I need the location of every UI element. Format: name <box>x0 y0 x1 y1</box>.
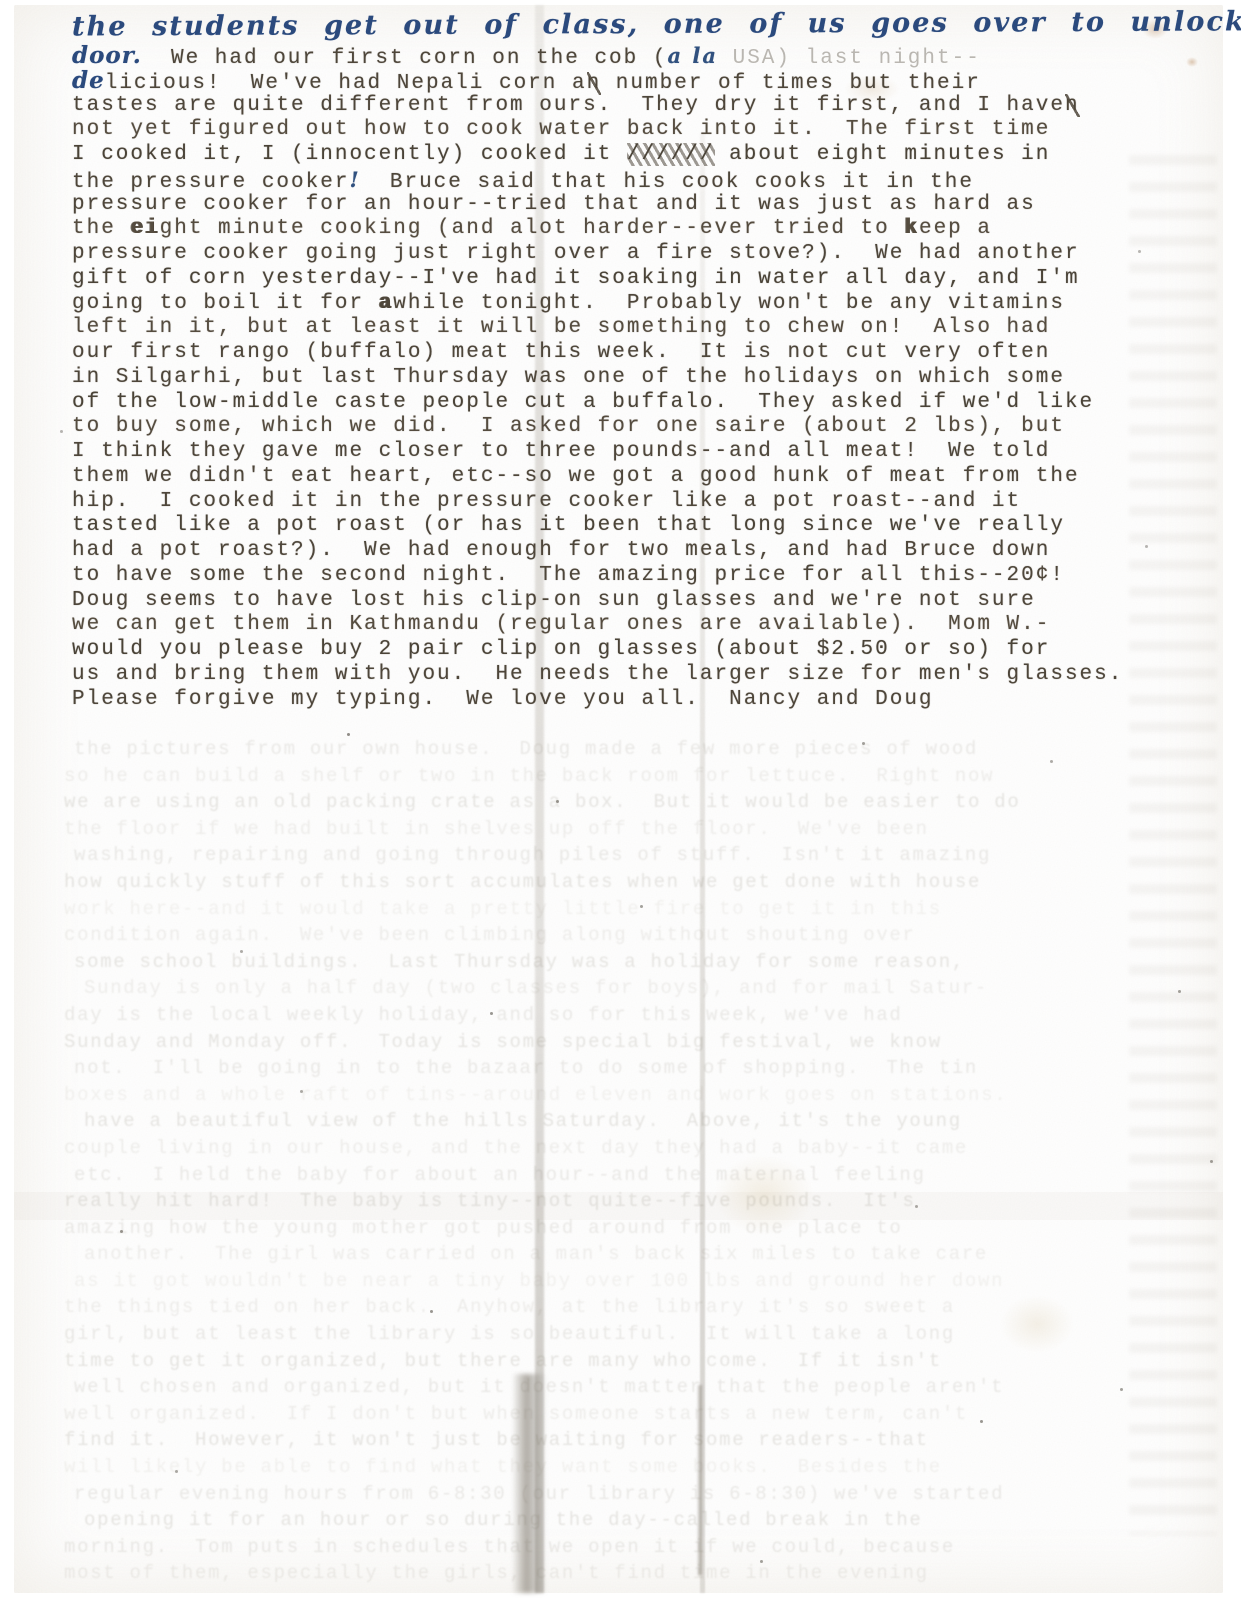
typed-line: door. We had our first corn on the cob (… <box>72 44 1123 69</box>
typed-segment: the pressure cooker <box>72 171 349 194</box>
bleedthrough-line: washing, repairing and going through pil… <box>74 842 1189 869</box>
typed-segment: our first rango (buffalo) meat this week… <box>72 341 1050 364</box>
typed-line: the eight minute cooking (and alot harde… <box>72 217 1123 242</box>
bleedthrough-line: another. The girl was carried on a man's… <box>84 1241 1189 1268</box>
bleedthrough-line: morning. Tom puts in schedules that we o… <box>64 1534 1189 1561</box>
typed-line: pressure cooker for an hour--tried that … <box>72 193 1123 218</box>
typed-segment: in Silgarhi, but last Thursday was one o… <box>72 366 1065 389</box>
bleedthrough-line: couple living in our house, and the next… <box>64 1135 1189 1162</box>
typed-segment: left in it, but at least it will be some… <box>72 316 1050 339</box>
typed-line: to buy some, which we did. I asked for o… <box>72 415 1123 440</box>
typed-segment: us and bring them with you. He needs the… <box>72 663 1123 686</box>
overtyped-segment: ei <box>130 217 159 240</box>
typed-line: not yet figured out how to cook water ba… <box>72 118 1123 143</box>
typed-line: to have some the second night. The amazi… <box>72 564 1123 589</box>
handwritten-ink-segment: door. <box>72 42 142 69</box>
faded-segment: USA) last night-- <box>718 47 981 70</box>
bleedthrough-line: boxes and a whole raft of tins--around e… <box>64 1082 1189 1109</box>
handwritten-ink-segment: ! <box>349 167 360 192</box>
bleedthrough-line: Sunday is only a half day (two classes f… <box>84 975 1189 1002</box>
handwritten-ink-segment: a la <box>667 43 718 68</box>
typed-segment: pressure cooker going just right over a … <box>72 242 1080 265</box>
typed-segment: Bruce said that his cook cooks it in the <box>361 171 974 194</box>
overtyped-segment: a <box>379 292 394 315</box>
typed-line: Doug seems to have lost his clip-on sun … <box>72 589 1123 614</box>
fiber-specks <box>14 5 17 8</box>
typed-segment: to have some the second night. The amazi… <box>72 564 1065 587</box>
rust-stain <box>1186 57 1198 67</box>
handwritten-annotation-line: the students get out of class, one of us… <box>72 7 1182 43</box>
bleedthrough-line: most of them, especially the girls, can'… <box>64 1560 1189 1587</box>
typed-line: pressure cooker going just right over a … <box>72 242 1123 267</box>
typed-segment: had a pot roast?). We had enough for two… <box>72 539 1050 562</box>
bleedthrough-line: how quickly stuff of this sort accumulat… <box>64 869 1189 896</box>
bleedthrough-line: so he can build a shelf or two in the ba… <box>64 763 1189 790</box>
typed-line: had a pot roast?). We had enough for two… <box>72 539 1123 564</box>
bleedthrough-line: the things tied on her back. Anyhow, at … <box>64 1294 1189 1321</box>
typed-segment: tasted like a pot roast (or has it been … <box>72 514 1065 537</box>
typed-segment: we can get them in Kathmandu (regular on… <box>72 613 1050 636</box>
bleedthrough-line: the floor if we had built in shelves up … <box>64 816 1189 843</box>
bleedthrough-line: well chosen and organized, but it doesn'… <box>74 1374 1189 1401</box>
struck-out-segment: ////// <box>627 143 715 166</box>
typed-segment: going to boil it for <box>72 292 379 315</box>
bleedthrough-line: we are using an old packing crate as a b… <box>64 789 1189 816</box>
typed-line: the pressure cooker! Bruce said that his… <box>72 168 1123 193</box>
bleedthrough-line: find it. However, it won't just be waiti… <box>64 1427 1189 1454</box>
typed-line: hip. I cooked it in the pressure cooker … <box>72 490 1123 515</box>
typed-line: we can get them in Kathmandu (regular on… <box>72 613 1123 638</box>
typed-segment: would you please buy 2 pair clip on glas… <box>72 638 1050 661</box>
typed-line: gift of corn yesterday--I've had it soak… <box>72 267 1123 292</box>
bleedthrough-line: work here--and it would take a pretty li… <box>64 896 1189 923</box>
overtyped-segment: k <box>904 217 919 240</box>
typed-segment: I think they gave me closer to three pou… <box>72 440 1050 463</box>
typed-segment: eep a <box>919 217 992 240</box>
typed-line: our first rango (buffalo) meat this week… <box>72 341 1123 366</box>
typed-line: I cooked it, I (innocently) cooked it //… <box>72 143 1123 168</box>
bleedthrough-text: the pictures from our own house. Doug ma… <box>64 736 1189 1587</box>
bleedthrough-line: as it got wouldn't be near a tiny baby o… <box>74 1268 1189 1295</box>
bleedthrough-line: really hit hard! The baby is tiny--not q… <box>64 1188 1189 1215</box>
struck-out-segment: n <box>1065 94 1080 117</box>
bleedthrough-line: time to get it organized, but there are … <box>64 1348 1189 1375</box>
bleedthrough-line: opening it for an hour or so during the … <box>84 1507 1189 1534</box>
typed-line: delicious! We've had Nepali corn an numb… <box>72 69 1123 94</box>
bleedthrough-line: have a beautiful view of the hills Satur… <box>84 1108 1189 1135</box>
bleedthrough-line: not. I'll be going in to the bazaar to d… <box>74 1055 1189 1082</box>
typed-segment: of the low-middle caste people cut a buf… <box>72 391 1094 414</box>
typed-line: I think they gave me closer to three pou… <box>72 440 1123 465</box>
typed-line: of the low-middle caste people cut a buf… <box>72 391 1123 416</box>
bleedthrough-line: Sunday and Monday off. Today is some spe… <box>64 1029 1189 1056</box>
bleedthrough-line: amazing how the young mother got pushed … <box>64 1215 1189 1242</box>
struck-out-segment: n <box>587 72 602 95</box>
typed-segment: them we didn't eat heart, etc--so we got… <box>72 465 1080 488</box>
typed-segment: about eight minutes in <box>715 143 1051 166</box>
typed-segment: ght minute cooking (and alot harder--eve… <box>160 217 905 240</box>
typed-line: tastes are quite different from ours. Th… <box>72 94 1123 119</box>
typed-segment: Doug seems to have lost his clip-on sun … <box>72 589 1036 612</box>
typed-segment: I cooked it, I (innocently) cooked it <box>72 143 627 166</box>
bleedthrough-line: day is the local weekly holiday, and so … <box>64 1002 1189 1029</box>
typed-segment: licious! We've had Nepali corn a <box>105 72 587 95</box>
typed-line: left in it, but at least it will be some… <box>72 316 1123 341</box>
bleedthrough-line: some school buildings. Last Thursday was… <box>74 949 1189 976</box>
typed-segment: the <box>72 217 130 240</box>
typed-line: would you please buy 2 pair clip on glas… <box>72 638 1123 663</box>
typed-segment: while tonight. Probably won't be any vit… <box>393 292 1065 315</box>
bleedthrough-line: will likely be able to find what they wa… <box>64 1454 1189 1481</box>
typed-line: us and bring them with you. He needs the… <box>72 663 1123 688</box>
bleedthrough-line: regular evening hours from 6-8:30 (our l… <box>74 1481 1189 1508</box>
typed-line: them we didn't eat heart, etc--so we got… <box>72 465 1123 490</box>
typed-segment: tastes are quite different from ours. Th… <box>72 94 1065 117</box>
typed-segment: hip. I cooked it in the pressure cooker … <box>72 490 1021 513</box>
letter-page: the students get out of class, one of us… <box>14 5 1223 1593</box>
bleedthrough-line: etc. I held the baby for about an hour--… <box>74 1162 1189 1189</box>
typed-line: tasted like a pot roast (or has it been … <box>72 514 1123 539</box>
typed-segment: We had our first corn on the cob ( <box>142 47 668 70</box>
typed-segment: to buy some, which we did. I asked for o… <box>72 415 1065 438</box>
typed-letter-text: door. We had our first corn on the cob (… <box>72 44 1123 712</box>
typed-segment: not yet figured out how to cook water ba… <box>72 118 1050 141</box>
typed-line: Please forgive my typing. We love you al… <box>72 688 1123 713</box>
handwritten-ink-segment: de <box>72 67 105 94</box>
bleedthrough-line: well organized. If I don't but when some… <box>64 1401 1189 1428</box>
typed-line: going to boil it for awhile tonight. Pro… <box>72 292 1123 317</box>
typed-segment: number of times but their <box>601 72 981 95</box>
typed-segment: Please forgive my typing. We love you al… <box>72 688 934 711</box>
bleedthrough-line: condition again. We've been climbing alo… <box>64 922 1189 949</box>
typed-segment: gift of corn yesterday--I've had it soak… <box>72 267 1080 290</box>
bleedthrough-line: the pictures from our own house. Doug ma… <box>74 736 1189 763</box>
typed-line: in Silgarhi, but last Thursday was one o… <box>72 366 1123 391</box>
typed-segment: pressure cooker for an hour--tried that … <box>72 193 1036 216</box>
bleedthrough-line: girl, but at least the library is so bea… <box>64 1321 1189 1348</box>
